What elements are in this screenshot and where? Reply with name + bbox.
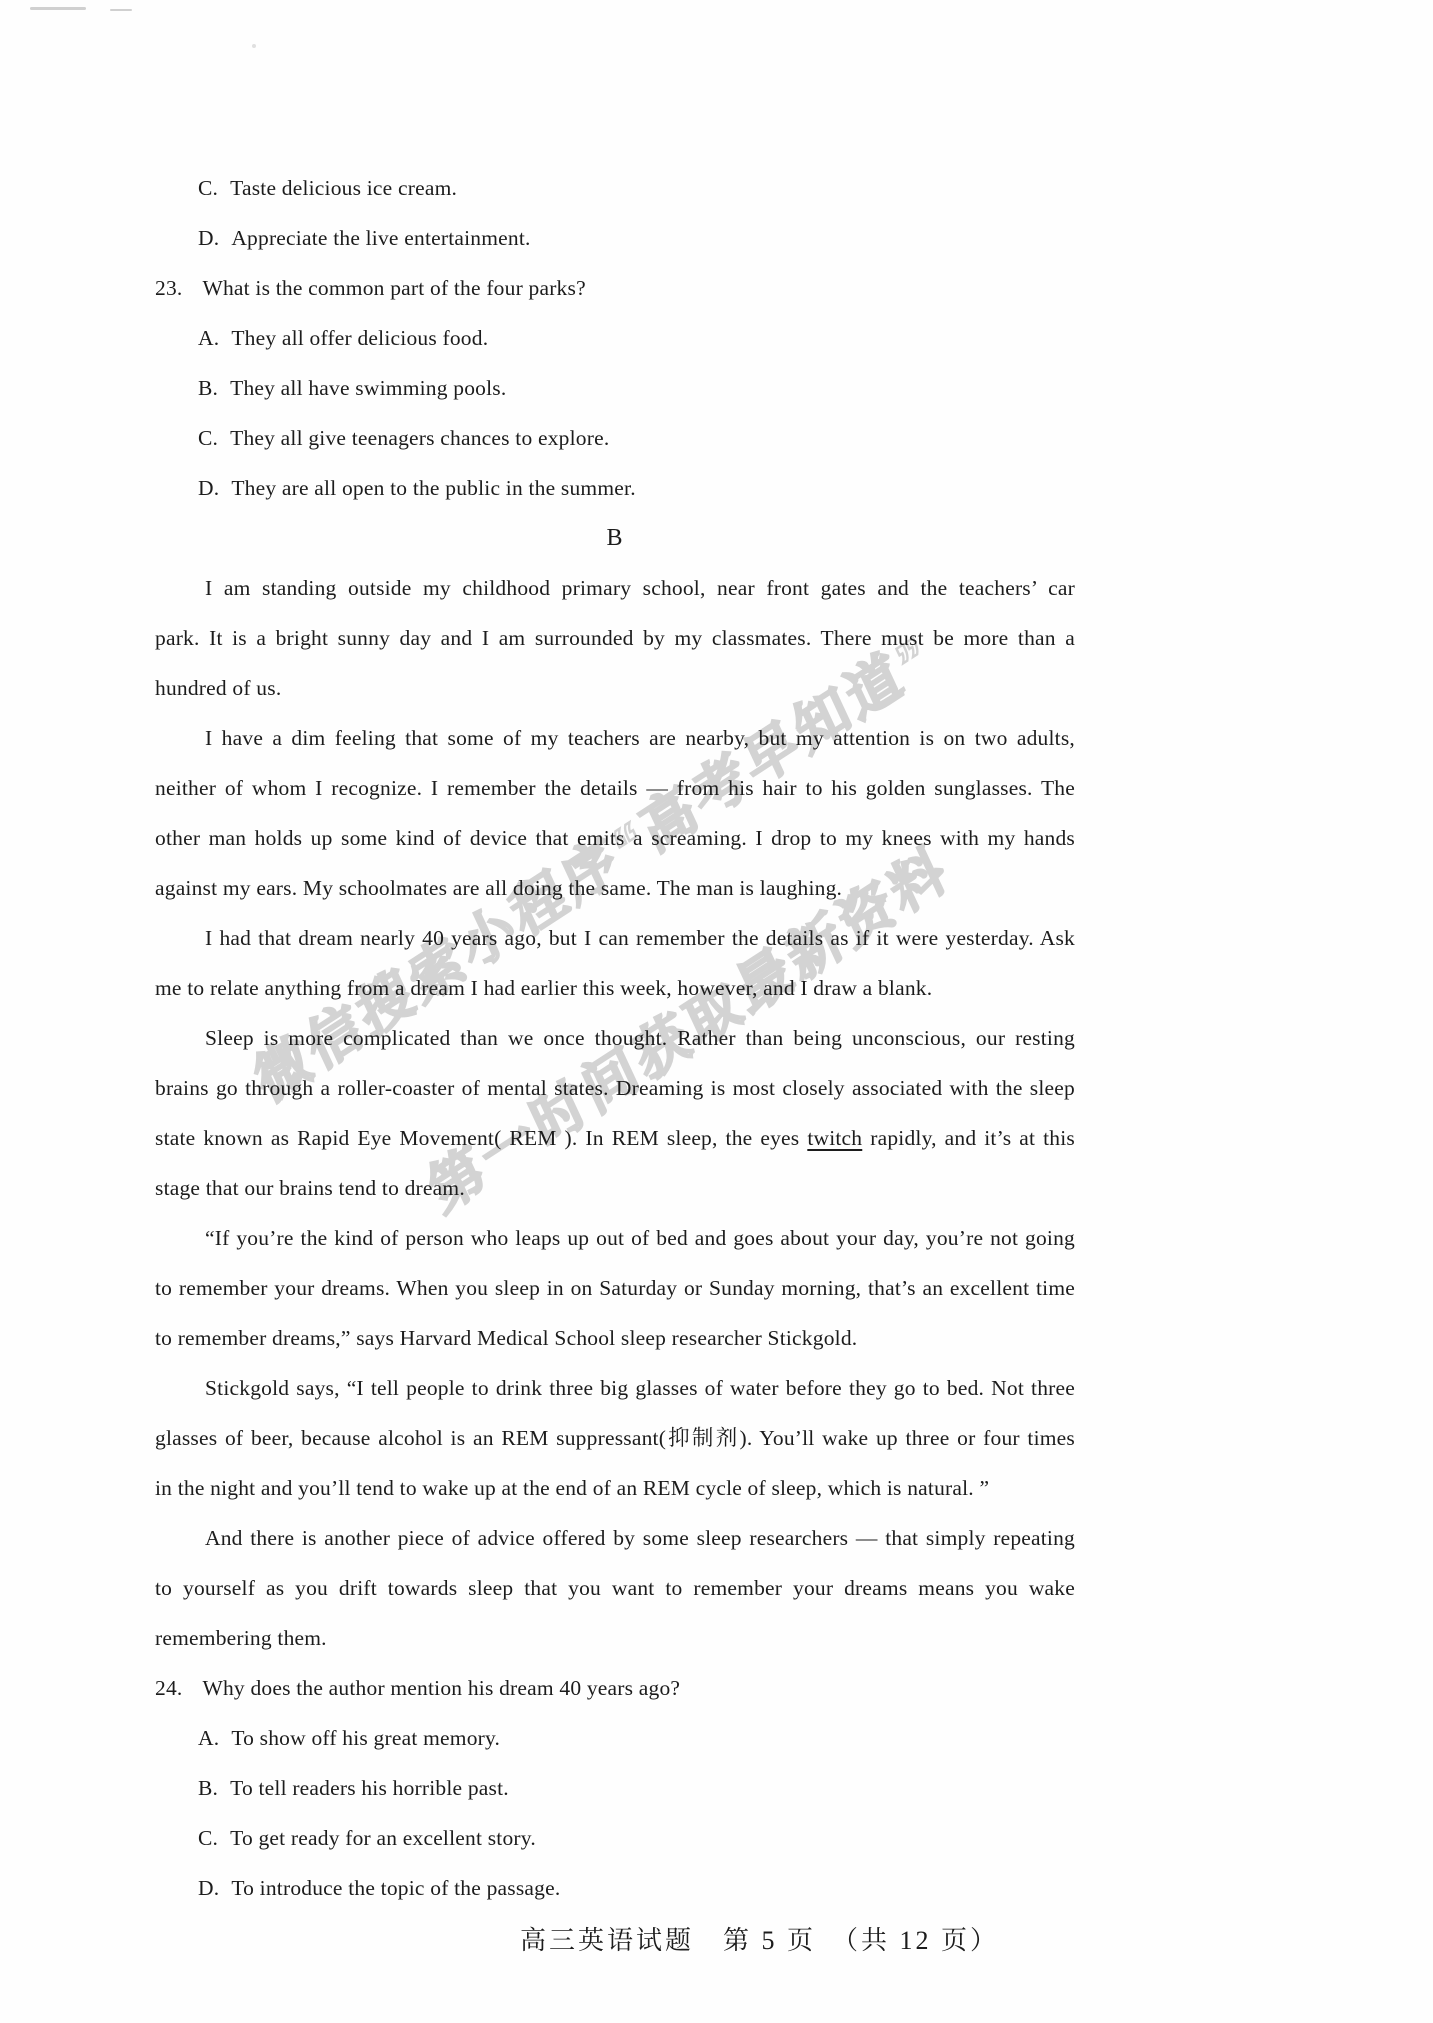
q24-option-a: A.To show off his great memory.	[155, 1713, 1075, 1763]
option-text: To get ready for an excellent story.	[230, 1813, 536, 1863]
q24-option-b: B.To tell readers his horrible past.	[155, 1763, 1075, 1813]
q23-option-d: D.They are all open to the public in the…	[155, 463, 1075, 513]
question-24: 24.Why does the author mention his dream…	[155, 1663, 1075, 1713]
passage-p5-line2: to remember your dreams. When you sleep …	[155, 1263, 1075, 1313]
q24-option-d: D.To introduce the topic of the passage.	[155, 1863, 1075, 1913]
scan-artifact	[252, 44, 256, 48]
question-23: 23.What is the common part of the four p…	[155, 263, 1075, 313]
option-text: They are all open to the public in the s…	[231, 463, 635, 513]
passage-p3-line1: I had that dream nearly 40 years ago, bu…	[155, 913, 1075, 963]
passage-p5-line3: to remember dreams,” says Harvard Medica…	[155, 1313, 1075, 1363]
question-text: Why does the author mention his dream 40…	[202, 1663, 680, 1713]
scan-artifact	[30, 7, 86, 10]
passage-p2-line3: other man holds up some kind of device t…	[155, 813, 1075, 863]
passage-p1-line3: hundred of us.	[155, 663, 1075, 713]
passage-p6-line3: in the night and you’ll tend to wake up …	[155, 1463, 1075, 1513]
q23-option-c: C.They all give teenagers chances to exp…	[155, 413, 1075, 463]
option-text: To show off his great memory.	[231, 1713, 500, 1763]
page-footer: 高三英语试题 第 5 页 （共 12 页）	[0, 1916, 1433, 1966]
q23-option-b: B.They all have swimming pools.	[155, 363, 1075, 413]
q23-option-a: A.They all offer delicious food.	[155, 313, 1075, 363]
passage-p4-line1: Sleep is more complicated than we once t…	[155, 1013, 1075, 1063]
question-number: 24.	[155, 1663, 182, 1713]
exam-content: C.Taste delicious ice cream. D.Appreciat…	[155, 163, 1075, 1913]
option-text: To tell readers his horrible past.	[230, 1763, 509, 1813]
passage-p1-line2: park. It is a bright sunny day and I am …	[155, 613, 1075, 663]
passage-text: rapidly, and it’s at this	[862, 1126, 1075, 1150]
option-label: D.	[198, 463, 219, 513]
q22-option-c: C.Taste delicious ice cream.	[155, 163, 1075, 213]
option-label: C.	[198, 1813, 218, 1863]
passage-p2-line1: I have a dim feeling that some of my tea…	[155, 713, 1075, 763]
underlined-word: twitch	[807, 1126, 862, 1150]
passage-p7-line2: to yourself as you drift towards sleep t…	[155, 1563, 1075, 1613]
option-label: B.	[198, 363, 218, 413]
option-text: To introduce the topic of the passage.	[231, 1863, 560, 1913]
q24-option-c: C.To get ready for an excellent story.	[155, 1813, 1075, 1863]
question-text: What is the common part of the four park…	[202, 263, 585, 313]
option-text: Taste delicious ice cream.	[230, 163, 457, 213]
passage-p4-line4: stage that our brains tend to dream.	[155, 1163, 1075, 1213]
section-b-heading: B	[155, 513, 1075, 563]
option-text: Appreciate the live entertainment.	[231, 213, 530, 263]
option-label: A.	[198, 1713, 219, 1763]
passage-text: state known as Rapid Eye Movement( REM )…	[155, 1126, 807, 1150]
passage-p4-line3: state known as Rapid Eye Movement( REM )…	[155, 1113, 1075, 1163]
scan-artifact	[110, 9, 132, 11]
option-label: A.	[198, 313, 219, 363]
passage-p7-line1: And there is another piece of advice off…	[155, 1513, 1075, 1563]
passage-p7-line3: remembering them.	[155, 1613, 1075, 1663]
passage-p3-line2: me to relate anything from a dream I had…	[155, 963, 1075, 1013]
q22-option-d: D.Appreciate the live entertainment.	[155, 213, 1075, 263]
question-number: 23.	[155, 263, 182, 313]
option-label: C.	[198, 163, 218, 213]
passage-p6-line2: glasses of beer, because alcohol is an R…	[155, 1413, 1075, 1463]
passage-p4-line2: brains go through a roller-coaster of me…	[155, 1063, 1075, 1113]
option-text: They all offer delicious food.	[231, 313, 488, 363]
option-label: D.	[198, 1863, 219, 1913]
passage-p5-line1: “If you’re the kind of person who leaps …	[155, 1213, 1075, 1263]
passage-p1-line1: I am standing outside my childhood prima…	[155, 563, 1075, 613]
option-label: D.	[198, 213, 219, 263]
passage-p2-line2: neither of whom I recognize. I remember …	[155, 763, 1075, 813]
option-label: B.	[198, 1763, 218, 1813]
option-text: They all have swimming pools.	[230, 363, 506, 413]
passage-p2-line4: against my ears. My schoolmates are all …	[155, 863, 1075, 913]
option-label: C.	[198, 413, 218, 463]
passage-p6-line1: Stickgold says, “I tell people to drink …	[155, 1363, 1075, 1413]
option-text: They all give teenagers chances to explo…	[230, 413, 609, 463]
exam-page: 微信搜索小程序“高考早知道” 第一时间获取最新资料 C.Taste delici…	[0, 0, 1433, 2023]
